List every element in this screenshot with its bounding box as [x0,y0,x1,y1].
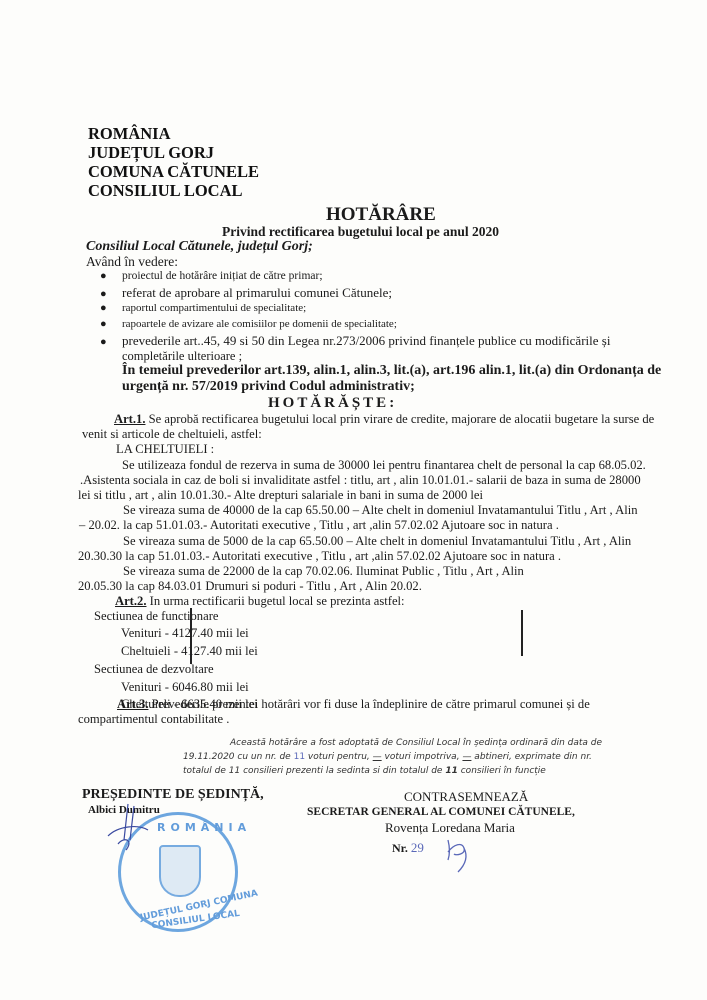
votes-against: — [373,752,382,762]
list-item: ●rapoartele de avizare ale comisiilor pe… [100,318,397,330]
art1-p3-line-2: 20.30.30 la cap 51.01.03.- Autoritati ex… [78,549,561,564]
hotaraste-heading: HOTĂRĂȘTE: [268,395,397,412]
list-item: ●raportul compartimentului de specialita… [100,302,306,314]
art1-p1-line-1: Se utilizeaza fondul de rezerva in suma … [122,458,646,473]
header-country: ROMÂNIA [88,124,171,144]
dezvoltare-venituri: Venituri - 6046.80 mii lei [121,680,249,695]
adoption-line-2: 19.11.2020 cu un nr. de 11 voturi pentru… [183,752,592,762]
art1-line-1: Art.1. Se aprobă rectificarea bugetului … [114,412,654,427]
bullet-icon: ● [100,302,122,314]
pen-mark [521,610,523,656]
bullet-icon: ● [100,288,122,300]
adoption-line-1: Această hotărâre a fost adoptată de Cons… [230,738,602,748]
art3-label: Art.3. [117,697,148,711]
document-subtitle: Privind rectificarea bugetului local pe … [222,224,499,240]
section-dezvoltare: Sectiunea de dezvoltare [94,662,214,677]
list-item: ●proiectul de hotărâre inițiat de către … [100,270,323,282]
art1-p3-line-1: Se vireaza suma de 5000 de la cap 65.50.… [123,534,631,549]
votes-for: 11 [294,752,305,762]
functionare-venituri: Venituri - 4127.40 mii lei [121,626,249,641]
list-item: ●prevederile art..45, 49 si 50 din Legea… [100,333,610,349]
legal-basis-line-2: urgență nr. 57/2019 privind Codul admini… [122,379,415,395]
secretary-role: SECRETAR GENERAL AL COMUNEI CĂTUNELE, [307,806,575,818]
bullet-icon: ● [100,318,122,330]
section-functionare: Sectiunea de functionare [94,609,218,624]
art2-label: Art.2. [115,594,146,608]
art2-line: Art.2. In urma rectificarii bugetul loca… [115,594,405,609]
art1-p2-line-2: – 20.02. la cap 51.01.03.- Autoritati ex… [79,518,559,533]
header-commune: COMUNA CĂTUNELE [88,162,259,182]
art3-line-2: compartimentul contabilitate . [78,712,229,727]
registration-number: Nr.29 [392,840,424,856]
art1-p1-line-3: lei si titlu , art , alin 10.01.30.- Alt… [78,488,483,503]
council-line: Consiliul Local Cătunele, județul Gorj; [86,239,313,255]
handwritten-signature-icon [440,834,480,874]
bullet-icon: ● [100,270,122,282]
la-cheltuieli: LA CHELTUIELI : [116,442,214,457]
art1-p1-line-2: .Asistenta sociala in caz de boli si inv… [80,473,641,488]
art1-p4-line-2: 20.05.30 la cap 84.03.01 Drumuri si podu… [78,579,422,594]
header-county: JUDEȚUL GORJ [88,143,214,163]
list-item-continuation: completările ulterioare ; [122,349,242,364]
bullet-icon: ● [100,336,122,348]
pen-mark [190,608,192,664]
handwritten-signature-icon [98,800,158,860]
legal-basis-line-1: În temeiul prevederilor art.139, alin.1,… [122,363,661,379]
art1-label: Art.1. [114,412,145,426]
art3-line-1: Art.3. Prevederile prezentei hotărâri vo… [117,697,590,712]
countersign-title: CONTRASEMNEAZĂ [404,789,528,805]
avand-in-vedere: Având în vedere: [86,254,178,270]
art1-p4-line-1: Se vireaza suma de 22000 de la cap 70.02… [123,564,524,579]
document-title: HOTĂRÂRE [326,204,436,226]
art1-line-2: venit si articole de cheltuieli, astfel: [82,427,262,442]
header-council: CONSILIUL LOCAL [88,181,243,201]
list-item: ●referat de aprobare al primarului comun… [100,285,392,301]
art1-p2-line-1: Se vireaza suma de 40000 de la cap 65.50… [123,503,638,518]
adoption-line-3: totalul de 11 consilieri prezenti la sed… [183,766,546,776]
coat-of-arms-icon [159,845,201,897]
